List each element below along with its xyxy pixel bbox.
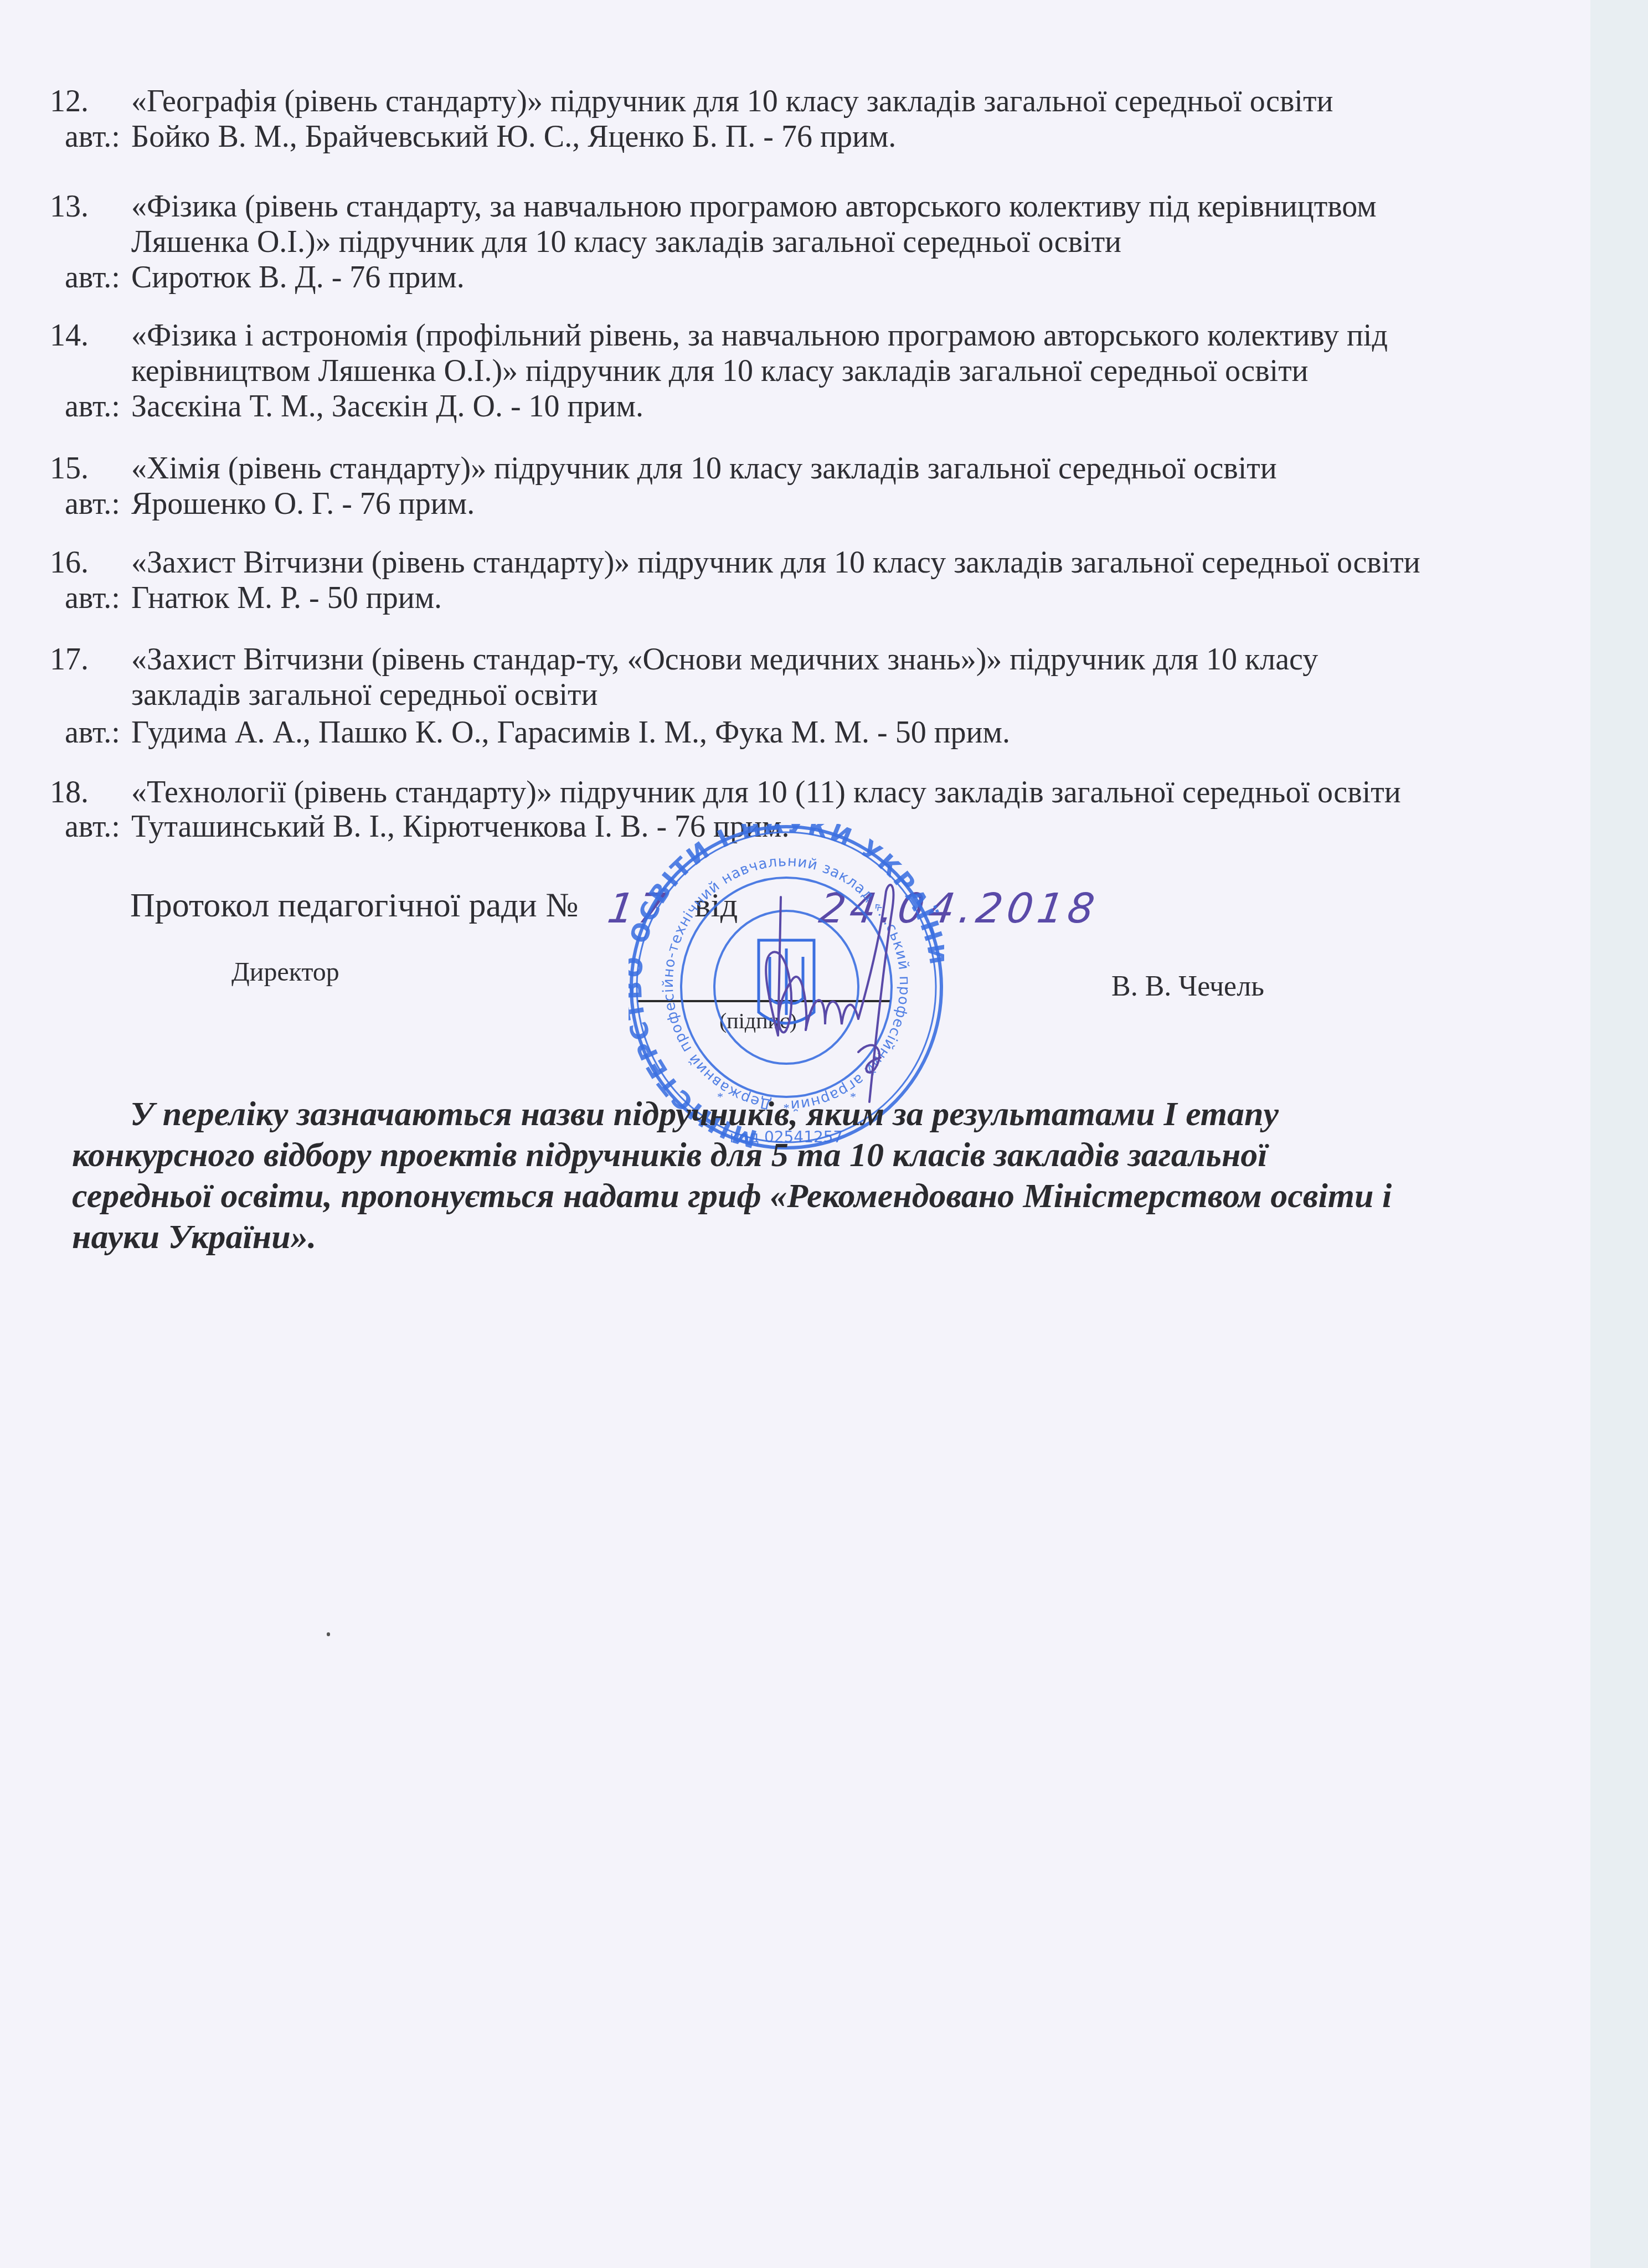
item-number: 14. <box>50 318 89 353</box>
item-title-cont: керівництвом Ляшенка О.І.)» підручник дл… <box>131 354 1309 388</box>
item-authors: Гнатюк М. Р. - 50 прим. <box>131 581 442 615</box>
item-title: «Технології (рівень стандарту)» підручни… <box>131 775 1401 810</box>
authors-label: авт.: <box>65 581 120 615</box>
note-paragraph: У переліку зазначаються назви підручникі… <box>72 1094 1401 1257</box>
protocol-date-label: від <box>694 886 738 924</box>
scan-speck <box>327 1632 330 1636</box>
authors-label: авт.: <box>65 389 120 424</box>
svg-text:Державний професійно-технічний: Державний професійно-технічний навчальни… <box>629 824 913 1114</box>
item-title: «Хімія (рівень стандарту)» підручник для… <box>131 451 1277 486</box>
signature-line <box>637 1000 890 1002</box>
item-authors: Гудима А. А., Пашко К. О., Гарасимів І. … <box>131 715 1010 750</box>
item-title-cont: закладів загальної середньої освіти <box>131 678 598 712</box>
item-title-cont: Ляшенка О.І.)» підручник для 10 класу за… <box>131 225 1121 259</box>
signatory-name: В. В. Чечель <box>1111 970 1264 1003</box>
handwritten-protocol-number: 17 <box>605 885 672 932</box>
authors-label: авт.: <box>65 120 120 154</box>
item-authors: Сиротюк В. Д. - 76 прим. <box>131 260 465 295</box>
authors-label: авт.: <box>65 810 120 844</box>
authors-label: авт.: <box>65 487 120 521</box>
item-authors: Засєкіна Т. М., Засєкін Д. О. - 10 прим. <box>131 389 643 424</box>
item-number: 18. <box>50 775 89 810</box>
item-title: «Географія (рівень стандарту)» підручник… <box>131 84 1333 118</box>
signatory-position: Директор <box>231 957 339 987</box>
item-title: «Захист Вітчизни (рівень стандар-ту, «Ос… <box>131 642 1318 677</box>
item-authors: Ярошенко О. Г. - 76 прим. <box>131 487 475 521</box>
item-title: «Захист Вітчизни (рівень стандарту)» під… <box>131 545 1420 580</box>
handwritten-protocol-date: 24.04.2018 <box>816 885 1102 932</box>
item-title: «Фізика і астрономія (профільний рівень,… <box>131 318 1388 353</box>
item-number: 16. <box>50 545 89 580</box>
item-title: «Фізика (рівень стандарту, за навчальною… <box>131 189 1377 224</box>
protocol-label: Протокол педагогічної ради № <box>130 886 578 924</box>
item-number: 15. <box>50 451 89 486</box>
item-authors: Туташинський В. І., Кірютченкова І. В. -… <box>131 810 789 844</box>
authors-label: авт.: <box>65 260 120 295</box>
authors-label: авт.: <box>65 715 120 750</box>
scan-edge-band <box>1590 0 1648 2268</box>
item-number: 12. <box>50 84 89 118</box>
item-authors: Бойко В. М., Брайчевський Ю. С., Яценко … <box>131 120 896 154</box>
item-number: 17. <box>50 642 89 677</box>
item-number: 13. <box>50 189 89 224</box>
signature-caption: (підпис) <box>719 1008 797 1034</box>
